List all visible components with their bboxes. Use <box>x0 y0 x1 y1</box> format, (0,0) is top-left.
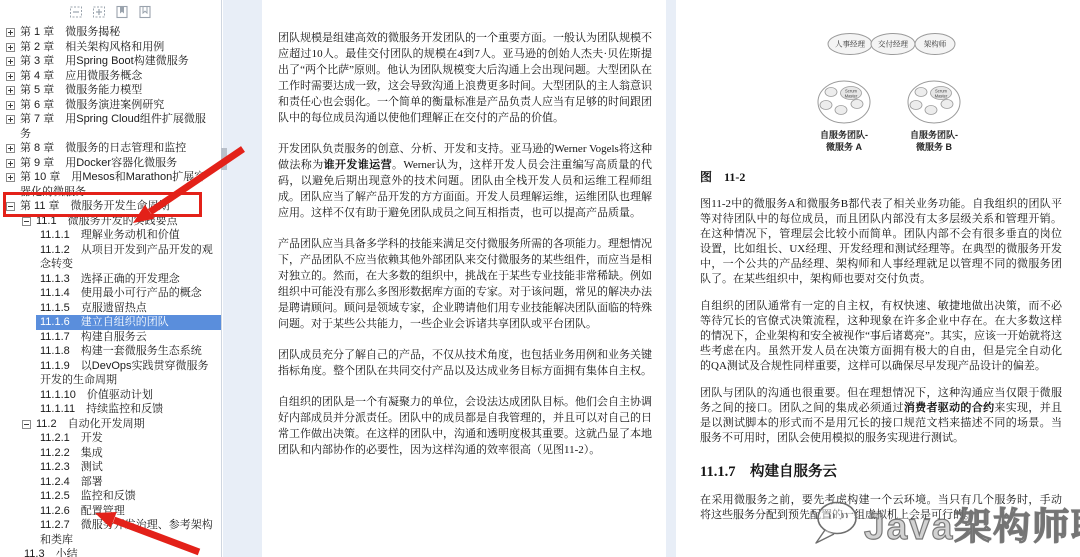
sidebar-item-label: 11.2.6 配置管理 <box>40 504 133 519</box>
sidebar-item-label: 11.1.3 选择正确的开发理念 <box>40 272 188 287</box>
sidebar-item-label: 11.2.5 监控和反馈 <box>40 489 144 504</box>
sidebar-item-label: 第 3 章 用Spring Boot构建微服务 <box>20 54 197 69</box>
sidebar-item-label: 11.1.4 使用最小可行产品的概念 <box>40 286 210 301</box>
team-label: 微服务 B <box>916 141 953 152</box>
sidebar-item-label: 11.1.1 理解业务动机和价值 <box>40 228 188 243</box>
paragraph: 团队规模是组建高效的微服务开发团队的一个重要方面。一般认为团队规模不应超过10人… <box>278 30 652 126</box>
paragraph: 图11-2中的微服务A和微服务B都代表了相关业务功能。自我组织的团队平等对待团队… <box>700 197 1062 287</box>
expand-icon[interactable] <box>6 173 15 182</box>
sidebar-item-label: 第 5 章 微服务能力模型 <box>20 83 150 98</box>
sidebar-item-label: 第 10 章 用Mesos和Marathon扩展容器化的微服务 <box>20 170 221 199</box>
sidebar-item-label: 11.1.11 持续监控和反馈 <box>40 402 171 417</box>
sidebar-item-label: 11.1.2 从项目开发到产品开发的观念转变 <box>40 243 221 272</box>
sidebar-item[interactable]: 11.2.5 监控和反馈 <box>0 489 221 504</box>
sidebar-item-label: 11.2.2 集成 <box>40 446 111 461</box>
sidebar-scrollbar-thumb[interactable] <box>221 148 227 170</box>
sidebar-item[interactable]: 第 4 章 应用微服务概念 <box>0 69 221 84</box>
sidebar-item[interactable]: 11.1.7 构建自服务云 <box>0 330 221 345</box>
team-label: 自服务团队- <box>910 129 958 140</box>
sidebar-item[interactable]: 第 8 章 微服务的日志管理和监控 <box>0 141 221 156</box>
sidebar-item-label: 11.3 小结 <box>24 547 86 557</box>
sidebar-item[interactable]: 11.3 小结 <box>0 547 221 557</box>
sidebar-item[interactable]: 第 9 章 用Docker容器化微服务 <box>0 156 221 171</box>
sidebar-item-label: 11.1 微服务开发的实践要点 <box>36 214 186 229</box>
sidebar-item-label: 11.1.9 以DevOps实践贯穿微服务开发的生命周期 <box>40 359 221 388</box>
paragraph: 团队成员充分了解自己的产品，不仅从技术角度，也包括业务用例和业务关键指标角度。整… <box>278 347 652 379</box>
page2-text-top: 图11-2中的微服务A和微服务B都代表了相关业务功能。自我组织的团队平等对待团队… <box>700 197 1062 446</box>
sidebar-item[interactable]: 11.1.10 价值驱动计划 <box>0 388 221 403</box>
team-a-group: Scrum Master 自服务团队- 微服务 A <box>818 81 870 152</box>
expand-icon[interactable] <box>6 28 15 37</box>
sidebar-item-label: 11.1.7 构建自服务云 <box>40 330 155 345</box>
expand-icon[interactable] <box>6 86 15 95</box>
sidebar-item[interactable]: 第 3 章 用Spring Boot构建微服务 <box>0 54 221 69</box>
toc-tree: 第 1 章 微服务揭秘第 2 章 相关架构风格和用例第 3 章 用Spring … <box>0 22 221 557</box>
paragraph: 开发团队负责服务的创意、分析、开发和支持。亚马逊的Werner Vogels将这… <box>278 141 652 221</box>
paragraph: 产品团队应当具备多学科的技能来满足交付微服务所需的各项能力。理想情况下，产品团队… <box>278 236 652 332</box>
sidebar-item-label: 第 6 章 微服务演进案例研究 <box>20 98 172 113</box>
bookmark-filled-icon[interactable] <box>115 5 129 19</box>
sidebar-item-label: 第 11 章 微服务开发生命周期 <box>20 199 178 214</box>
sidebar-item[interactable]: 11.1.6 建立自组织的团队 <box>36 315 221 330</box>
toc-sidebar: 第 1 章 微服务揭秘第 2 章 相关架构风格和用例第 3 章 用Spring … <box>0 0 222 557</box>
sidebar-item-label: 第 4 章 应用微服务概念 <box>20 69 150 84</box>
page-gutter <box>666 0 676 557</box>
team-b-group: Scrum Master 自服务团队- 微服务 B <box>908 81 960 152</box>
team-diagram: 人事经理 交付经理 架构师 Scrum Master 自服务团队- 微服务 A <box>700 30 1062 162</box>
sidebar-item-label: 第 7 章 用Spring Cloud组件扩展微服务 <box>20 112 221 141</box>
team-label: 自服务团队- <box>820 129 868 140</box>
collapse-icon[interactable] <box>22 420 31 429</box>
expand-icon[interactable] <box>6 144 15 153</box>
figure-caption: 图 11-2 <box>700 168 1062 185</box>
manager-label: 架构师 <box>924 39 947 49</box>
sidebar-item[interactable]: 第 2 章 相关架构风格和用例 <box>0 40 221 55</box>
sidebar-item-label: 第 9 章 用Docker容器化微服务 <box>20 156 185 171</box>
page1-text: 团队规模是组建高效的微服务开发团队的一个重要方面。一般认为团队规模不应超过10人… <box>278 30 652 458</box>
sidebar-item[interactable]: 11.1.2 从项目开发到产品开发的观念转变 <box>0 243 221 272</box>
collapse-icon[interactable] <box>22 217 31 226</box>
scrum-master-label: Master <box>935 94 948 99</box>
sidebar-item[interactable]: 11.1.5 克服遗留热点 <box>0 301 221 316</box>
sidebar-item[interactable]: 第 10 章 用Mesos和Marathon扩展容器化的微服务 <box>0 170 221 199</box>
sidebar-item[interactable]: 第 1 章 微服务揭秘 <box>0 25 221 40</box>
sidebar-item[interactable]: 第 7 章 用Spring Cloud组件扩展微服务 <box>0 112 221 141</box>
sidebar-item[interactable]: 11.1.4 使用最小可行产品的概念 <box>0 286 221 301</box>
document-page-right: 人事经理 交付经理 架构师 Scrum Master 自服务团队- 微服务 A <box>676 0 1080 557</box>
expand-icon[interactable] <box>6 101 15 110</box>
expand-icon[interactable] <box>6 115 15 124</box>
sidebar-item[interactable]: 第 5 章 微服务能力模型 <box>0 83 221 98</box>
sidebar-item[interactable]: 11.1.9 以DevOps实践贯穿微服务开发的生命周期 <box>0 359 221 388</box>
manager-label: 交付经理 <box>878 39 908 49</box>
toc-toolbar <box>0 0 221 22</box>
sidebar-item[interactable]: 11.2.6 配置管理 <box>0 504 221 519</box>
page2-text-bottom: 在采用微服务之前，要先考虑构建一个云环境。当只有几个服务时，手动将这些服务分配到… <box>700 493 1062 523</box>
sidebar-item[interactable]: 11.2.2 集成 <box>0 446 221 461</box>
sidebar-item-label: 11.2.1 开发 <box>40 431 111 446</box>
sidebar-item-label: 11.2.3 测试 <box>40 460 111 475</box>
expand-icon[interactable] <box>6 57 15 66</box>
sidebar-item-label: 第 8 章 微服务的日志管理和监控 <box>20 141 194 156</box>
collapse-all-icon[interactable] <box>69 5 83 19</box>
sidebar-item[interactable]: 11.1.1 理解业务动机和价值 <box>0 228 221 243</box>
expand-icon[interactable] <box>6 159 15 168</box>
manager-label: 人事经理 <box>835 39 865 49</box>
paragraph: 在采用微服务之前，要先考虑构建一个云环境。当只有几个服务时，手动将这些服务分配到… <box>700 493 1062 523</box>
sidebar-item[interactable]: 第 6 章 微服务演进案例研究 <box>0 98 221 113</box>
sidebar-item-label: 11.2.4 部署 <box>40 475 111 490</box>
sidebar-item[interactable]: 11.1.11 持续监控和反馈 <box>0 402 221 417</box>
paragraph: 自组织的团队是一个有凝聚力的单位，会设法达成团队目标。他们会自主协调好内部成员并… <box>278 394 652 458</box>
expand-all-icon[interactable] <box>92 5 106 19</box>
sidebar-item[interactable]: 11.1 微服务开发的实践要点 <box>0 214 221 229</box>
sidebar-item-label: 11.1.6 建立自组织的团队 <box>40 315 177 330</box>
sidebar-item-label: 11.1.8 构建一套微服务生态系统 <box>40 344 210 359</box>
sidebar-item[interactable]: 11.2 自动化开发周期 <box>0 417 221 432</box>
sidebar-item-label: 11.1.5 克服遗留热点 <box>40 301 155 316</box>
sidebar-item-label: 第 1 章 微服务揭秘 <box>20 25 128 40</box>
section-heading: 11.1.7 构建自服务云 <box>700 460 1062 481</box>
expand-icon[interactable] <box>6 72 15 81</box>
paragraph: 团队与团队的沟通也很重要。但在理想情况下，这种沟通应当仅限于微服务之间的接口。团… <box>700 386 1062 446</box>
team-label: 微服务 A <box>826 141 863 152</box>
sidebar-item[interactable]: 11.2.4 部署 <box>0 475 221 490</box>
sidebar-item[interactable]: 11.2.7 微服务开发治理、参考架构和类库 <box>0 518 221 547</box>
sidebar-item[interactable]: 11.2.1 开发 <box>0 431 221 446</box>
sidebar-item[interactable]: 11.1.3 选择正确的开发理念 <box>0 272 221 287</box>
sidebar-item[interactable]: 11.2.3 测试 <box>0 460 221 475</box>
paragraph: 自组织的团队通常有一定的自主权，有权快速、敏捷地做出决策，而不必等待冗长的官僚式… <box>700 299 1062 374</box>
expand-icon[interactable] <box>6 43 15 52</box>
sidebar-item[interactable]: 11.1.8 构建一套微服务生态系统 <box>0 344 221 359</box>
sidebar-item-label: 第 2 章 相关架构风格和用例 <box>20 40 172 55</box>
sidebar-item-label: 11.2.7 微服务开发治理、参考架构和类库 <box>40 518 221 547</box>
sidebar-item[interactable]: 第 11 章 微服务开发生命周期 <box>0 199 221 214</box>
collapse-icon[interactable] <box>6 202 15 211</box>
scrum-master-label: Master <box>845 94 858 99</box>
bookmark-outline-icon[interactable] <box>138 5 152 19</box>
pane-gutter-left <box>223 0 262 557</box>
sidebar-item-label: 11.2 自动化开发周期 <box>36 417 153 432</box>
document-page-left: 团队规模是组建高效的微服务开发团队的一个重要方面。一般认为团队规模不应超过10人… <box>262 0 666 557</box>
sidebar-item-label: 11.1.10 价值驱动计划 <box>40 388 161 403</box>
